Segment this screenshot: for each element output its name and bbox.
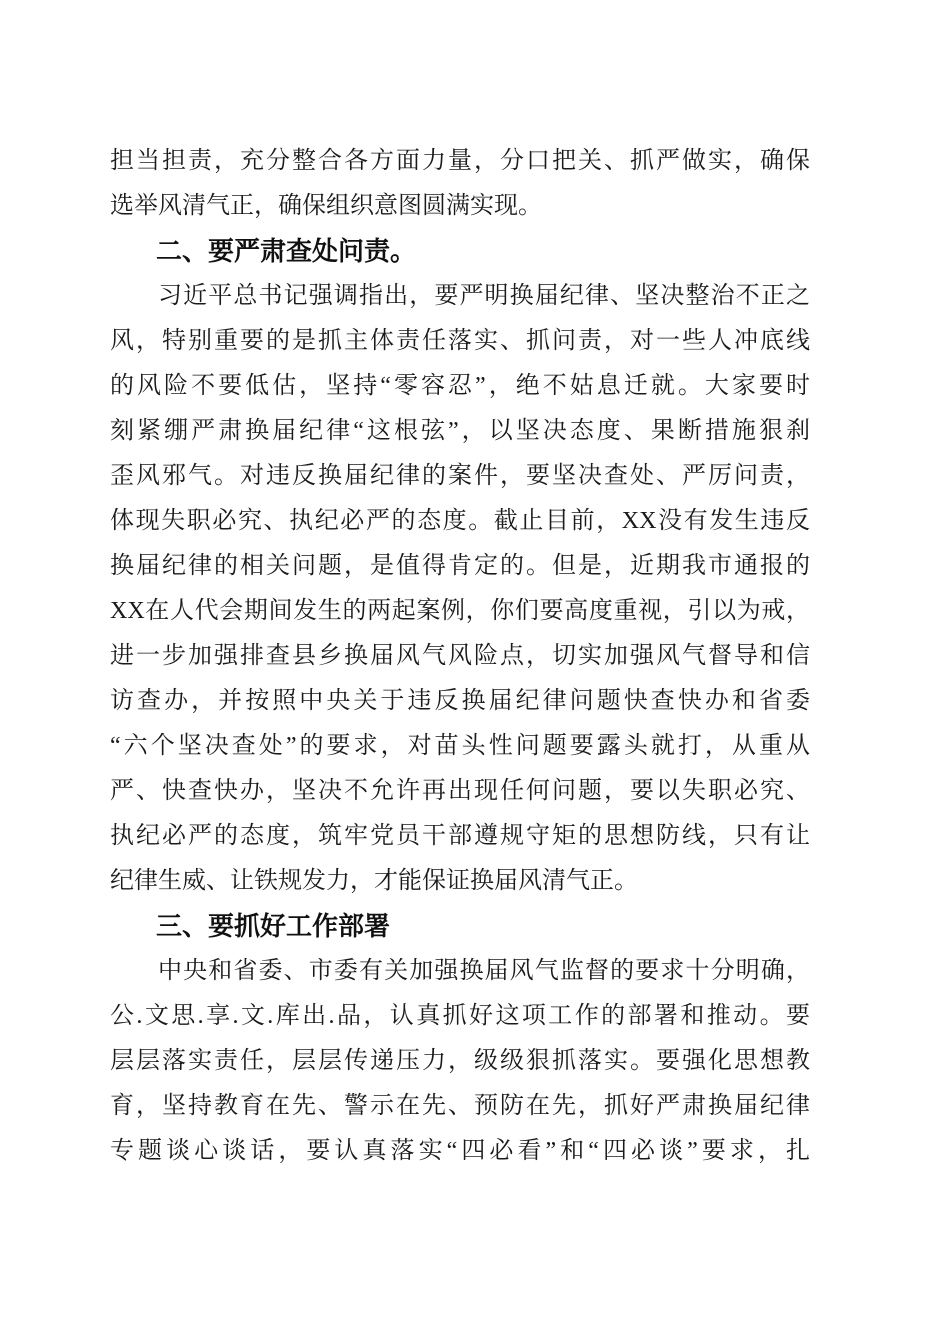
text-line: 选举风清气正，确保组织意图圆满实现。 (110, 184, 810, 229)
document-content: 担当担责，充分整合各方面力量，分口把关、抓严做实，确保 选举风清气正，确保组织意… (110, 139, 810, 1174)
text-line: 访查办，并按照中央关于违反换届纪律问题快查快办和省委 (110, 679, 810, 724)
text-line: 习近平总书记强调指出，要严明换届纪律、坚决整治不正之 (110, 274, 810, 319)
text-line: 刻紧绷严肃换届纪律“这根弦”，以坚决态度、果断措施狠刹 (110, 409, 810, 454)
text-line: 专题谈心谈话，要认真落实“四必看”和“四必谈”要求，扎 (110, 1129, 810, 1174)
text-line: 换届纪律的相关问题，是值得肯定的。但是，近期我市通报的 (110, 544, 810, 589)
text-line: 的风险不要低估，坚持“零容忍”，绝不姑息迁就。大家要时 (110, 364, 810, 409)
text-line: 纪律生威、让铁规发力，才能保证换届风清气正。 (110, 859, 810, 904)
text-line: 公.文思.享.文.库出.品，认真抓好这项工作的部署和推动。要 (110, 994, 810, 1039)
section-heading-3: 三、要抓好工作部署 (110, 904, 810, 949)
text-line: “六个坚决查处”的要求，对苗头性问题要露头就打，从重从 (110, 724, 810, 769)
text-line: 风，特别重要的是抓主体责任落实、抓问责，对一些人冲底线 (110, 319, 810, 364)
text-line: 执纪必严的态度，筑牢党员干部遵规守矩的思想防线，只有让 (110, 814, 810, 859)
text-line: XX在人代会期间发生的两起案例，你们要高度重视，引以为戒， (110, 589, 810, 634)
text-line: 担当担责，充分整合各方面力量，分口把关、抓严做实，确保 (110, 139, 810, 184)
document-page: 担当担责，充分整合各方面力量，分口把关、抓严做实，确保 选举风清气正，确保组织意… (0, 0, 950, 1344)
text-line: 体现失职必究、执纪必严的态度。截止目前，XX没有发生违反 (110, 499, 810, 544)
text-line: 层层落实责任，层层传递压力，级级狠抓落实。要强化思想教 (110, 1039, 810, 1084)
section-heading-2: 二、要严肃查处问责。 (110, 229, 810, 274)
text-line: 进一步加强排查县乡换届风气风险点，切实加强风气督导和信 (110, 634, 810, 679)
text-line: 歪风邪气。对违反换届纪律的案件，要坚决查处、严厉问责， (110, 454, 810, 499)
text-line: 中央和省委、市委有关加强换届风气监督的要求十分明确， (110, 949, 810, 994)
text-line: 育，坚持教育在先、警示在先、预防在先，抓好严肃换届纪律 (110, 1084, 810, 1129)
text-line: 严、快查快办，坚决不允许再出现任何问题，要以失职必究、 (110, 769, 810, 814)
